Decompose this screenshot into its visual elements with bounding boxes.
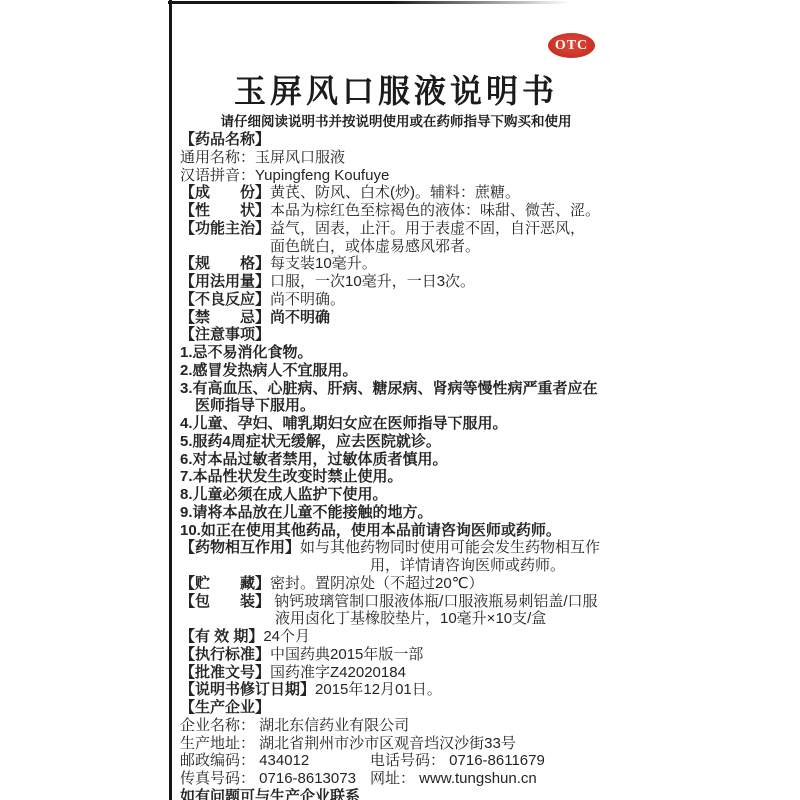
- line-text: 企业名称： 湖北东信药业有限公司: [180, 717, 409, 734]
- line-text: 钠钙玻璃管制口服液体瓶/口服液瓶易刺铝盖/口服: [270, 593, 598, 610]
- line-precaution-5: 5.服药4周症状无缓解，应去医院就诊。: [180, 433, 650, 451]
- line-company-name: 企业名称： 湖北东信药业有限公司: [180, 717, 650, 735]
- section-label: 【规 格】: [180, 255, 270, 272]
- line-precaution-4: 4.儿童、孕妇、哺乳期妇女应在医师指导下服用。: [180, 415, 650, 433]
- line-generic-name: 通用名称：玉屏风口服液: [180, 149, 650, 167]
- line-text: 汉语拼音：Yupingfeng Koufuye: [180, 167, 389, 184]
- line-text: 黄芪、防风、白术(炒)。辅料：蔗糖。: [270, 184, 520, 201]
- insert-body: 【药品名称】通用名称：玉屏风口服液汉语拼音：Yupingfeng Koufuye…: [180, 131, 650, 800]
- line-indications-1: 【功能主治】益气，固表，止汗。用于表虚不固，自汗恶风，: [180, 220, 650, 238]
- line-text: 尚不明确: [270, 309, 330, 326]
- line-text: 如与其他药物同时使用可能会发生药物相互作: [300, 539, 600, 556]
- line-address: 生产地址： 湖北省荆州市沙市区观音垱汉沙街33号: [180, 735, 650, 753]
- section-label: 【注意事项】: [180, 326, 270, 343]
- line-precaution-6: 6.对本品过敏者禁用，过敏体质者慎用。: [180, 451, 650, 469]
- line-text: 尚不明确。: [270, 291, 345, 308]
- line-approval-number: 【批准文号】国药准字Z42020184: [180, 664, 650, 682]
- section-label: 【执行标准】: [180, 646, 270, 663]
- section-label: 【功能主治】: [180, 220, 270, 237]
- line-column-2: 电话号码： 0716-8611679: [370, 752, 545, 769]
- line-package-2: 液用卤化丁基橡胶垫片，10毫升×10支/盒: [180, 610, 650, 628]
- line-text: 1.忌不易消化食物。: [180, 344, 313, 361]
- line-text: 10.如正在使用其他药品，使用本品前请咨询医师或药师。: [180, 522, 561, 539]
- line-dosage: 【用法用量】口服，一次10毫升，一日3次。: [180, 273, 650, 291]
- package-insert-page: OTC 玉屏风口服液说明书 请仔细阅读说明书并按说明使用或在药师指导下购买和使用…: [0, 0, 800, 800]
- line-column-2: 网址： www.tungshun.cn: [370, 770, 537, 787]
- line-text: 口服，一次10毫升，一日3次。: [270, 273, 475, 290]
- section-label: 【有 效 期】: [180, 628, 263, 645]
- line-precaution-1: 1.忌不易消化食物。: [180, 344, 650, 362]
- line-spec: 【规 格】每支装10毫升。: [180, 255, 650, 273]
- line-text: 2015年12月01日。: [315, 681, 442, 698]
- line-ingredients: 【成 份】黄芪、防风、白术(炒)。辅料：蔗糖。: [180, 184, 650, 202]
- line-text: 如有问题可与生产企业联系: [180, 788, 360, 800]
- sheet-top-edge-line: [168, 1, 570, 4]
- line-text: 8.儿童必须在成人监护下使用。: [180, 486, 388, 503]
- line-indications-2: 面色㿠白，或体虚易感风邪者。: [180, 238, 650, 256]
- line-precaution-9: 9.请将本品放在儿童不能接触的地方。: [180, 504, 650, 522]
- line-text: 中国药典2015年版一部: [270, 646, 423, 663]
- line-text: 2.感冒发热病人不宜服用。: [180, 362, 358, 379]
- line-validity: 【有 效 期】24个月: [180, 628, 650, 646]
- line-package-1: 【包 装】 钠钙玻璃管制口服液体瓶/口服液瓶易刺铝盖/口服: [180, 593, 650, 611]
- line-text: 面色㿠白，或体虚易感风邪者。: [270, 238, 480, 255]
- line-text: 医师指导下服用。: [195, 397, 315, 414]
- line-text: 密封。置阴凉处（不超过20℃）: [270, 575, 484, 592]
- line-text: 3.有高血压、心脏病、肝病、糖尿病、肾病等慢性病严重者应在: [180, 380, 598, 397]
- line-revision-date: 【说明书修订日期】2015年12月01日。: [180, 681, 650, 699]
- document-subtitle: 请仔细阅读说明书并按说明使用或在药师指导下购买和使用: [150, 110, 642, 130]
- line-text: 益气，固表，止汗。用于表虚不固，自汗恶风，: [270, 220, 585, 237]
- line-precaution-7: 7.本品性状发生改变时禁止使用。: [180, 468, 650, 486]
- section-label: 【药品名称】: [180, 131, 270, 148]
- line-text: 液用卤化丁基橡胶垫片，10毫升×10支/盒: [275, 610, 546, 627]
- line-drug-name-header: 【药品名称】: [180, 131, 650, 149]
- section-label: 【禁 忌】: [180, 309, 270, 326]
- line-column-1: 邮政编码： 434012: [180, 752, 370, 770]
- line-manufacturer-header: 【生产企业】: [180, 699, 650, 717]
- line-description: 【性 状】本品为棕红色至棕褐色的液体：味甜、微苦、涩。: [180, 202, 650, 220]
- otc-badge-label: OTC: [555, 38, 588, 54]
- line-text: 用，详情请咨询医师或药师。: [370, 557, 565, 574]
- section-label: 【性 状】: [180, 202, 270, 219]
- line-contraindication: 【禁 忌】尚不明确: [180, 309, 650, 327]
- document-title: 玉屏风口服液说明书: [180, 66, 612, 112]
- section-label: 【用法用量】: [180, 273, 270, 290]
- line-storage: 【贮 藏】密封。置阴凉处（不超过20℃）: [180, 575, 650, 593]
- section-label: 【不良反应】: [180, 291, 270, 308]
- section-label: 【生产企业】: [180, 699, 270, 716]
- line-standard: 【执行标准】中国药典2015年版一部: [180, 646, 650, 664]
- line-text: 5.服药4周症状无缓解，应去医院就诊。: [180, 433, 441, 450]
- line-zip-phone: 邮政编码： 434012电话号码： 0716-8611679: [180, 752, 650, 770]
- line-column-1: 传真号码： 0716-8613073: [180, 770, 370, 788]
- line-precaution-3b: 医师指导下服用。: [180, 397, 650, 415]
- line-precautions-header: 【注意事项】: [180, 326, 650, 344]
- section-label: 【说明书修订日期】: [180, 681, 315, 698]
- line-text: 4.儿童、孕妇、哺乳期妇女应在医师指导下服用。: [180, 415, 508, 432]
- line-pinyin: 汉语拼音：Yupingfeng Koufuye: [180, 167, 650, 185]
- section-label: 【药物相互作用】: [180, 539, 300, 556]
- line-text: 通用名称：玉屏风口服液: [180, 149, 345, 166]
- line-precaution-3a: 3.有高血压、心脏病、肝病、糖尿病、肾病等慢性病严重者应在: [180, 380, 650, 398]
- line-precaution-8: 8.儿童必须在成人监护下使用。: [180, 486, 650, 504]
- section-label: 【成 份】: [180, 184, 270, 201]
- line-text: 9.请将本品放在儿童不能接触的地方。: [180, 504, 433, 521]
- line-adverse-reaction: 【不良反应】尚不明确。: [180, 291, 650, 309]
- line-text: 本品为棕红色至棕褐色的液体：味甜、微苦、涩。: [270, 202, 600, 219]
- line-interactions-1: 【药物相互作用】如与其他药物同时使用可能会发生药物相互作: [180, 539, 650, 557]
- section-label: 【包 装】: [180, 593, 270, 610]
- line-text: 7.本品性状发生改变时禁止使用。: [180, 468, 403, 485]
- line-text: 国药准字Z42020184: [270, 664, 406, 681]
- line-text: 6.对本品过敏者禁用，过敏体质者慎用。: [180, 451, 448, 468]
- line-text: 生产地址： 湖北省荆州市沙市区观音垱汉沙街33号: [180, 735, 516, 752]
- otc-badge: OTC: [548, 33, 595, 58]
- line-text: 24个月: [263, 628, 310, 645]
- line-precaution-10: 10.如正在使用其他药品，使用本品前请咨询医师或药师。: [180, 522, 650, 540]
- line-text: 每支装10毫升。: [270, 255, 377, 272]
- line-contact-note: 如有问题可与生产企业联系: [180, 788, 650, 800]
- line-precaution-2: 2.感冒发热病人不宜服用。: [180, 362, 650, 380]
- section-label: 【批准文号】: [180, 664, 270, 681]
- line-fax-web: 传真号码： 0716-8613073网址： www.tungshun.cn: [180, 770, 650, 788]
- section-label: 【贮 藏】: [180, 575, 270, 592]
- line-interactions-2: 用，详情请咨询医师或药师。: [180, 557, 650, 575]
